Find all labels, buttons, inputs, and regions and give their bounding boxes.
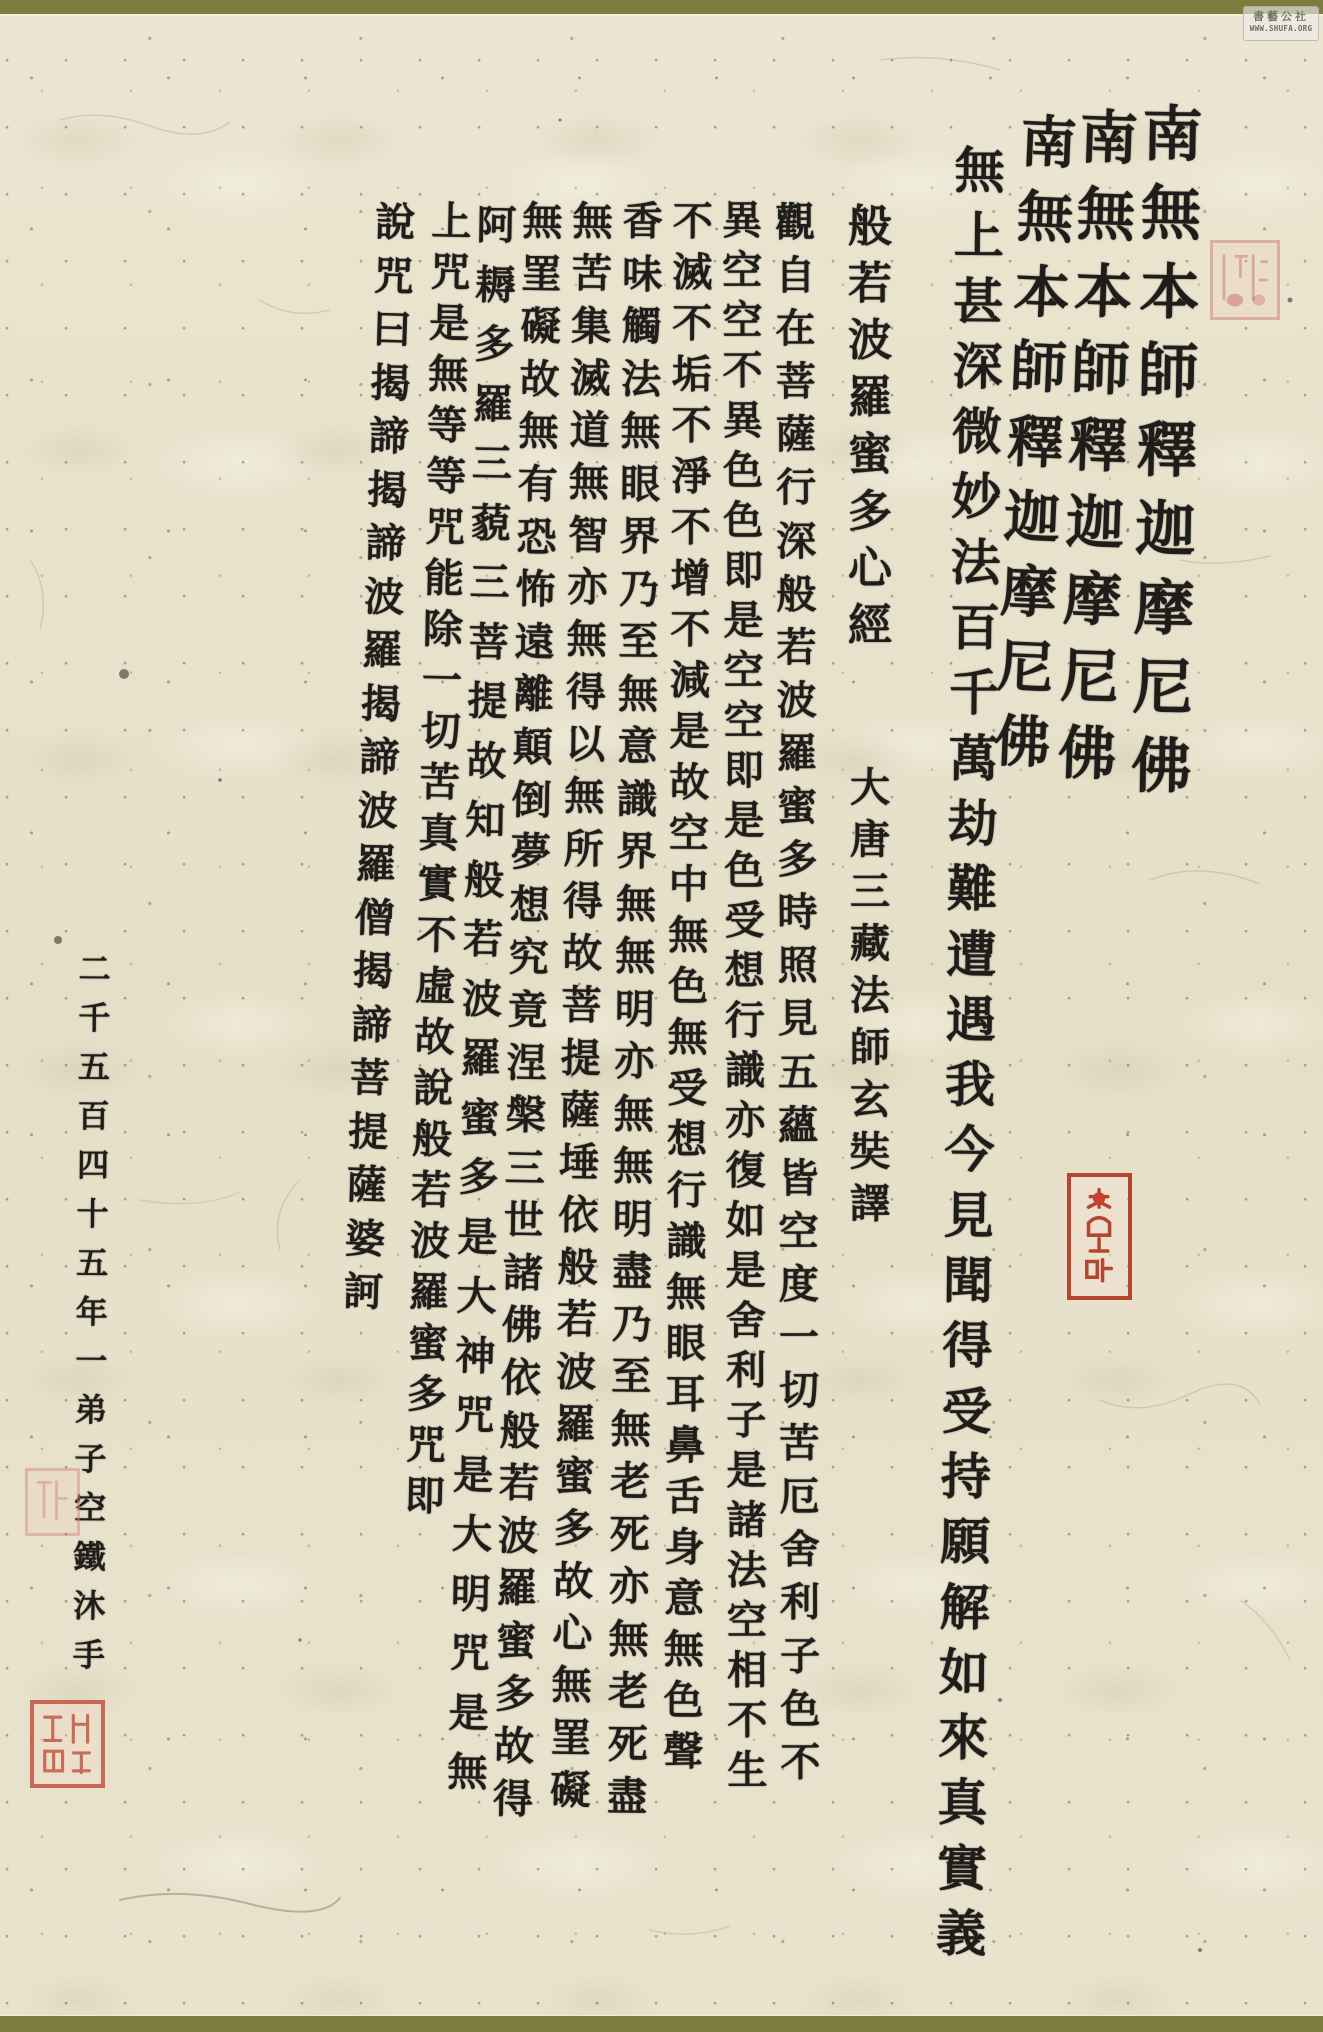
calligraphy-glyph: 藏: [842, 918, 898, 970]
sutra-translator: 大唐三藏法師玄奘譯: [842, 762, 898, 1230]
calligraphy-glyph: 所: [556, 823, 611, 876]
calligraphy-glyph: 無: [606, 1141, 661, 1194]
colophon-signature: 二千五百四十五年一弟子空鐵沐手: [67, 945, 117, 1680]
calligraphy-glyph: 色: [717, 846, 771, 896]
calligraphy-glyph: 眼: [613, 458, 668, 511]
calligraphy-glyph: 諦: [358, 516, 414, 571]
calligraphy-glyph: 增: [663, 553, 717, 604]
calligraphy-glyph: 遇: [935, 986, 1006, 1052]
calligraphy-glyph: 中: [662, 859, 716, 910]
calligraphy-glyph: 若: [404, 1164, 459, 1216]
calligraphy-glyph: 說: [367, 195, 423, 250]
calligraphy-glyph: 盡: [600, 1771, 655, 1824]
calligraphy-glyph: 五: [771, 1045, 825, 1098]
calligraphy-glyph: 身: [657, 1522, 711, 1573]
calligraphy-glyph: 蜜: [770, 780, 824, 833]
calligraphy-glyph: 淨: [664, 451, 718, 502]
calligraphy-glyph: 故: [555, 928, 610, 981]
calligraphy-glyph: 減: [663, 655, 717, 706]
calligraphy-glyph: 妙: [941, 464, 1012, 530]
calligraphy-glyph: 得: [559, 666, 614, 719]
calligraphy-glyph: 味: [615, 248, 670, 301]
calligraphy-glyph: 色: [716, 496, 770, 546]
calligraphy-glyph: 義: [926, 1901, 997, 1967]
calligraphy-glyph: 摩: [1123, 569, 1204, 649]
calligraphy-glyph: 皆: [771, 1152, 825, 1205]
calligraphy-glyph: 識: [718, 1046, 772, 1096]
calligraphy-glyph: 實: [410, 858, 465, 910]
calligraphy-glyph: 多: [840, 483, 900, 540]
calligraphy-glyph: 行: [769, 461, 823, 514]
calligraphy-glyph: 弟: [69, 1386, 113, 1435]
watermark-logo-text: 書藝公社: [1244, 10, 1318, 24]
calligraphy-glyph: 波: [454, 969, 509, 1029]
calligraphy-glyph: 奘: [842, 1126, 898, 1178]
calligraphy-glyph: 道: [562, 405, 617, 458]
calligraphy-glyph: 色: [661, 961, 715, 1012]
calligraphy-glyph: 揭: [345, 944, 401, 999]
calligraphy-glyph: 識: [610, 773, 665, 826]
calligraphy-glyph: 若: [769, 621, 823, 674]
calligraphy-glyph: 異: [715, 196, 769, 246]
calligraphy-glyph: 無: [557, 771, 612, 824]
calligraphy-glyph: 法: [940, 529, 1011, 595]
calligraphy-glyph: 利: [719, 1346, 773, 1396]
calligraphy-glyph: 亦: [560, 562, 615, 615]
calligraphy-glyph: 四: [71, 1141, 115, 1190]
calligraphy-glyph: 萬: [938, 725, 1009, 791]
calligraphy-glyph: 來: [928, 1705, 999, 1771]
calligraphy-glyph: 不: [720, 1696, 774, 1746]
calligraphy-glyph: 是: [717, 796, 771, 846]
calligraphy-glyph: 波: [770, 674, 824, 727]
calligraphy-glyph: 大: [444, 1504, 499, 1564]
calligraphy-glyph: 行: [660, 1165, 714, 1216]
calligraphy-glyph: 如: [929, 1639, 1000, 1705]
calligraphy-glyph: 蜜: [452, 1088, 507, 1148]
calligraphy-glyph: 在: [768, 302, 822, 355]
calligraphy-glyph: 般: [405, 1113, 460, 1165]
calligraphy-scroll: 書藝公社 WWW.SHUFA.ORG 南無本師釋迦摩尼佛 南無本師釋迦摩尼佛 南…: [0, 0, 1323, 2032]
calligraphy-glyph: 一: [69, 1337, 113, 1386]
calligraphy-glyph: 羅: [402, 1266, 457, 1318]
calligraphy-glyph: 不: [664, 400, 718, 451]
calligraphy-glyph: 明: [606, 1193, 661, 1246]
calligraphy-glyph: 乃: [612, 563, 667, 616]
calligraphy-glyph: 生: [720, 1746, 774, 1796]
calligraphy-glyph: 意: [610, 721, 665, 774]
site-watermark: 書藝公社 WWW.SHUFA.ORG: [1243, 6, 1319, 41]
calligraphy-glyph: 色: [716, 446, 770, 496]
calligraphy-glyph: 佛: [1121, 727, 1202, 807]
calligraphy-glyph: 觀: [768, 196, 822, 249]
calligraphy-glyph: 羅: [348, 837, 404, 892]
calligraphy-glyph: 死: [600, 1718, 655, 1771]
calligraphy-glyph: 諦: [361, 409, 417, 464]
sutra-column-2: 異空空不異色色即是空空即是色受想行識亦復如是舍利子是諸法空相不生: [715, 196, 775, 1796]
calligraphy-glyph: 羅: [840, 369, 900, 426]
calligraphy-glyph: 至: [604, 1351, 659, 1404]
calligraphy-glyph: 即: [716, 546, 770, 596]
calligraphy-glyph: 波: [356, 570, 412, 625]
calligraphy-glyph: 百: [71, 1092, 115, 1141]
calligraphy-glyph: 五: [70, 1239, 114, 1288]
calligraphy-glyph: 是: [441, 1683, 496, 1743]
calligraphy-glyph: 五: [72, 1043, 116, 1092]
calligraphy-glyph: 耳: [658, 1369, 712, 1420]
calligraphy-glyph: 無: [657, 1624, 711, 1675]
calligraphy-glyph: 不: [664, 502, 718, 553]
calligraphy-glyph: 故: [546, 1555, 601, 1608]
calligraphy-glyph: 想: [718, 946, 772, 996]
calligraphy-glyph: 師: [842, 1022, 898, 1074]
calligraphy-glyph: 咒: [418, 501, 473, 553]
watermark-url-text: WWW.SHUFA.ORG: [1244, 24, 1318, 34]
calligraphy-glyph: 垢: [665, 349, 719, 400]
calligraphy-glyph: 聞: [933, 1248, 1004, 1314]
calligraphy-glyph: 舍: [719, 1296, 773, 1346]
calligraphy-glyph: 波: [840, 312, 900, 369]
calligraphy-glyph: 不: [409, 909, 464, 961]
calligraphy-glyph: 死: [602, 1508, 657, 1561]
calligraphy-glyph: 揭: [353, 676, 409, 731]
calligraphy-glyph: 僧: [347, 890, 403, 945]
calligraphy-glyph: 上: [944, 203, 1015, 269]
calligraphy-glyph: 想: [660, 1114, 714, 1165]
calligraphy-glyph: 真: [927, 1770, 998, 1836]
calligraphy-glyph: 經: [840, 597, 900, 654]
calligraphy-glyph: 百: [940, 595, 1011, 661]
calligraphy-glyph: 利: [773, 1576, 827, 1629]
calligraphy-glyph: 不: [773, 1736, 827, 1789]
calligraphy-glyph: 故: [662, 757, 716, 808]
calligraphy-glyph: 空: [717, 696, 771, 746]
frame-border-top: [0, 0, 1323, 14]
calligraphy-glyph: 空: [715, 246, 769, 296]
calligraphy-glyph: 無: [603, 1403, 658, 1456]
calligraphy-glyph: 見: [933, 1182, 1004, 1248]
calligraphy-glyph: 界: [609, 826, 664, 879]
calligraphy-glyph: 咒: [423, 246, 478, 298]
calligraphy-glyph: 曰: [364, 302, 420, 357]
calligraphy-glyph: 無: [659, 1267, 713, 1318]
calligraphy-glyph: 意: [657, 1573, 711, 1624]
calligraphy-glyph: 是: [422, 297, 477, 349]
calligraphy-glyph: 滅: [665, 247, 719, 298]
calligraphy-glyph: 老: [603, 1456, 658, 1509]
calligraphy-glyph: 復: [718, 1146, 772, 1196]
calligraphy-glyph: 至: [611, 616, 666, 669]
calligraphy-glyph: 空: [662, 808, 716, 859]
calligraphy-glyph: 照: [771, 939, 825, 992]
calligraphy-glyph: 甚: [943, 268, 1014, 334]
calligraphy-glyph: 真: [411, 807, 466, 859]
calligraphy-glyph: 蜜: [547, 1451, 602, 1504]
calligraphy-glyph: 界: [612, 511, 667, 564]
calligraphy-glyph: 時: [770, 886, 824, 939]
calligraphy-glyph: 子: [773, 1629, 827, 1682]
calligraphy-glyph: 即: [717, 746, 771, 796]
calligraphy-glyph: 空: [715, 296, 769, 346]
calligraphy-glyph: 依: [551, 1189, 606, 1242]
calligraphy-glyph: 不: [665, 298, 719, 349]
calligraphy-glyph: 度: [772, 1258, 826, 1311]
calligraphy-glyph: 虛: [408, 960, 463, 1012]
calligraphy-glyph: 神: [448, 1326, 503, 1386]
calligraphy-glyph: 心: [840, 540, 900, 597]
calligraphy-glyph: 尼: [1122, 648, 1203, 728]
calligraphy-glyph: 無: [440, 1742, 495, 1802]
calligraphy-glyph: 羅: [453, 1028, 508, 1088]
calligraphy-glyph: 訶: [336, 1265, 392, 1320]
calligraphy-glyph: 譯: [842, 1178, 898, 1230]
calligraphy-glyph: 難: [937, 856, 1008, 922]
faded-seal-top-right-icon: [1210, 240, 1280, 320]
calligraphy-glyph: 是: [446, 1445, 501, 1505]
calligraphy-glyph: 十: [70, 1190, 114, 1239]
seal-glyph-icon: [1071, 1177, 1128, 1296]
calligraphy-glyph: 實: [927, 1835, 998, 1901]
calligraphy-glyph: 是: [719, 1246, 773, 1296]
calligraphy-glyph: 舌: [658, 1471, 712, 1522]
calligraphy-glyph: 南: [1009, 104, 1088, 182]
calligraphy-glyph: 色: [773, 1683, 827, 1736]
calligraphy-glyph: 苦: [412, 756, 467, 808]
calligraphy-glyph: 受: [717, 896, 771, 946]
calligraphy-glyph: 薩: [339, 1158, 395, 1213]
calligraphy-glyph: 是: [662, 706, 716, 757]
calligraphy-glyph: 今: [934, 1117, 1005, 1183]
calligraphy-glyph: 一: [772, 1311, 826, 1364]
calligraphy-glyph: 亦: [607, 1036, 662, 1089]
calligraphy-glyph: 無: [421, 348, 476, 400]
calligraphy-glyph: 空: [720, 1596, 774, 1646]
calligraphy-glyph: 咒: [447, 1385, 502, 1445]
calligraphy-glyph: 多: [770, 833, 824, 886]
calligraphy-glyph: 無: [661, 1012, 715, 1063]
calligraphy-glyph: 多: [399, 1368, 454, 1420]
calligraphy-glyph: 我: [935, 1052, 1006, 1118]
calligraphy-glyph: 相: [720, 1646, 774, 1696]
calligraphy-glyph: 受: [931, 1378, 1002, 1444]
calligraphy-glyph: 薩: [553, 1085, 608, 1138]
calligraphy-glyph: 不: [666, 196, 720, 247]
calligraphy-glyph: 本: [1002, 254, 1081, 332]
calligraphy-glyph: 劫: [937, 791, 1008, 857]
calligraphy-glyph: 玄: [842, 1074, 898, 1126]
calligraphy-glyph: 一: [414, 654, 469, 706]
calligraphy-glyph: 法: [842, 970, 898, 1022]
calligraphy-glyph: 無: [661, 910, 715, 961]
calligraphy-glyph: 菩: [769, 355, 823, 408]
calligraphy-glyph: 受: [660, 1063, 714, 1114]
calligraphy-glyph: 無: [613, 406, 668, 459]
calligraphy-glyph: 觸: [614, 301, 669, 354]
sutra-title: 般若波羅蜜多心經: [840, 198, 900, 654]
calligraphy-glyph: 無: [544, 1660, 599, 1713]
red-seal-bottom-left-icon: [30, 1700, 105, 1788]
calligraphy-glyph: 二: [73, 945, 117, 994]
calligraphy-glyph: 願: [930, 1509, 1001, 1575]
calligraphy-glyph: 羅: [548, 1398, 603, 1451]
calligraphy-glyph: 集: [564, 300, 619, 353]
calligraphy-glyph: 聲: [656, 1726, 710, 1777]
calligraphy-glyph: 能: [416, 552, 471, 604]
calligraphy-glyph: 除: [415, 603, 470, 655]
calligraphy-glyph: 無: [607, 1088, 662, 1141]
calligraphy-glyph: 羅: [355, 623, 411, 678]
calligraphy-glyph: 解: [929, 1574, 1000, 1640]
calligraphy-glyph: 等: [420, 399, 475, 451]
calligraphy-glyph: 深: [942, 334, 1013, 400]
calligraphy-glyph: 無: [608, 931, 663, 984]
calligraphy-glyph: 故: [407, 1011, 462, 1063]
calligraphy-glyph: 千: [939, 660, 1010, 726]
calligraphy-glyph: 即: [397, 1470, 452, 1522]
calligraphy-glyph: 如: [718, 1196, 772, 1246]
calligraphy-glyph: 無: [565, 196, 620, 249]
calligraphy-glyph: 乃: [605, 1298, 660, 1351]
calligraphy-glyph: 是: [450, 1207, 505, 1267]
calligraphy-glyph: 行: [718, 996, 772, 1046]
calligraphy-glyph: 蜜: [840, 426, 900, 483]
calligraphy-glyph: 厄: [772, 1470, 826, 1523]
calligraphy-glyph: 法: [614, 353, 669, 406]
calligraphy-glyph: 上: [424, 195, 479, 247]
seal-glyph-icon: [28, 1471, 77, 1533]
calligraphy-glyph: 切: [772, 1364, 826, 1417]
calligraphy-glyph: 明: [608, 983, 663, 1036]
calligraphy-glyph: 提: [340, 1104, 396, 1159]
calligraphy-glyph: 咒: [366, 249, 422, 304]
calligraphy-glyph: 般: [840, 198, 900, 255]
calligraphy-glyph: 咒: [442, 1623, 497, 1683]
calligraphy-glyph: 見: [771, 992, 825, 1045]
seal-glyph-icon: [34, 1704, 101, 1784]
calligraphy-glyph: 微: [942, 399, 1013, 465]
calligraphy-glyph: 心: [545, 1607, 600, 1660]
calligraphy-glyph: 多: [451, 1147, 506, 1207]
calligraphy-glyph: 得: [556, 875, 611, 928]
calligraphy-glyph: 千: [72, 994, 116, 1043]
calligraphy-glyph: 無: [601, 1613, 656, 1666]
calligraphy-glyph: 老: [601, 1666, 656, 1719]
frame-border-bottom: [0, 2016, 1323, 2032]
calligraphy-glyph: 是: [716, 596, 770, 646]
calligraphy-glyph: 深: [769, 514, 823, 567]
calligraphy-glyph: 菩: [342, 1051, 398, 1106]
calligraphy-glyph: 盡: [605, 1246, 660, 1299]
calligraphy-glyph: 諦: [344, 997, 400, 1052]
calligraphy-glyph: 三: [842, 866, 898, 918]
calligraphy-glyph: 多: [547, 1503, 602, 1556]
calligraphy-glyph: 蜜: [400, 1317, 455, 1369]
calligraphy-glyph: 舍: [773, 1523, 827, 1576]
seal-glyph-icon: [1213, 243, 1277, 317]
calligraphy-glyph: 無: [1005, 179, 1084, 257]
calligraphy-glyph: 空: [772, 1205, 826, 1258]
calligraphy-glyph: 般: [550, 1241, 605, 1294]
calligraphy-glyph: 滅: [563, 352, 618, 405]
calligraphy-glyph: 無: [944, 138, 1015, 204]
calligraphy-glyph: 鐵: [67, 1533, 111, 1582]
calligraphy-glyph: 無: [562, 457, 617, 510]
calligraphy-glyph: 迦: [1125, 490, 1206, 570]
calligraphy-glyph: 以: [558, 719, 613, 772]
calligraphy-glyph: 眼: [659, 1318, 713, 1369]
calligraphy-glyph: 無: [559, 614, 614, 667]
calligraphy-glyph: 若: [840, 255, 900, 312]
calligraphy-glyph: 菩: [554, 980, 609, 1033]
calligraphy-glyph: 無: [611, 668, 666, 721]
calligraphy-glyph: 異: [716, 396, 770, 446]
faded-seal-left-icon: [25, 1468, 80, 1536]
calligraphy-glyph: 苦: [565, 248, 620, 301]
calligraphy-glyph: 是: [719, 1446, 773, 1496]
calligraphy-glyph: 切: [413, 705, 468, 757]
calligraphy-glyph: 釋: [1126, 411, 1207, 491]
calligraphy-glyph: 持: [931, 1443, 1002, 1509]
calligraphy-glyph: 識: [659, 1216, 713, 1267]
calligraphy-glyph: 年: [70, 1288, 114, 1337]
calligraphy-glyph: 波: [403, 1215, 458, 1267]
calligraphy-glyph: 等: [419, 450, 474, 502]
calligraphy-glyph: 色: [656, 1675, 710, 1726]
calligraphy-glyph: 香: [615, 196, 670, 249]
calligraphy-glyph: 大: [449, 1266, 504, 1326]
calligraphy-glyph: 唐: [842, 814, 898, 866]
calligraphy-glyph: 不: [663, 604, 717, 655]
calligraphy-glyph: 自: [768, 249, 822, 302]
calligraphy-glyph: 得: [932, 1313, 1003, 1379]
calligraphy-glyph: 不: [716, 346, 770, 396]
calligraphy-glyph: 智: [561, 509, 616, 562]
calligraphy-glyph: 亦: [602, 1561, 657, 1614]
calligraphy-glyph: 提: [553, 1032, 608, 1085]
calligraphy-glyph: 諸: [720, 1496, 774, 1546]
calligraphy-glyph: 揭: [359, 463, 415, 518]
calligraphy-glyph: 法: [720, 1546, 774, 1596]
calligraphy-glyph: 蘊: [771, 1098, 825, 1151]
calligraphy-glyph: 子: [719, 1396, 773, 1446]
red-seal-stamp-icon: [1067, 1173, 1132, 1300]
calligraphy-glyph: 埵: [552, 1137, 607, 1190]
calligraphy-glyph: 羅: [770, 727, 824, 780]
calligraphy-glyph: 般: [769, 568, 823, 621]
calligraphy-glyph: 波: [350, 783, 406, 838]
calligraphy-glyph: 礙: [543, 1764, 598, 1817]
calligraphy-glyph: 說: [406, 1062, 461, 1114]
calligraphy-glyph: 手: [67, 1631, 111, 1680]
sutra-column-1: 觀自在菩薩行深般若波羅蜜多時照見五蘊皆空度一切苦厄舍利子色不: [768, 196, 828, 1789]
calligraphy-glyph: 諦: [352, 730, 408, 785]
calligraphy-glyph: 咒: [398, 1419, 453, 1471]
calligraphy-glyph: 明: [443, 1564, 498, 1624]
calligraphy-glyph: 沐: [67, 1582, 111, 1631]
calligraphy-glyph: 無: [609, 878, 664, 931]
calligraphy-glyph: 空: [717, 646, 771, 696]
calligraphy-glyph: 波: [549, 1346, 604, 1399]
calligraphy-glyph: 若: [550, 1294, 605, 1347]
calligraphy-glyph: 罣: [544, 1712, 599, 1765]
calligraphy-glyph: 亦: [718, 1096, 772, 1146]
calligraphy-glyph: 遭: [936, 921, 1007, 987]
calligraphy-glyph: 揭: [363, 356, 419, 411]
calligraphy-glyph: 大: [842, 762, 898, 814]
calligraphy-glyph: 婆: [337, 1211, 393, 1266]
calligraphy-glyph: 鼻: [658, 1420, 712, 1471]
calligraphy-glyph: 薩: [769, 408, 823, 461]
